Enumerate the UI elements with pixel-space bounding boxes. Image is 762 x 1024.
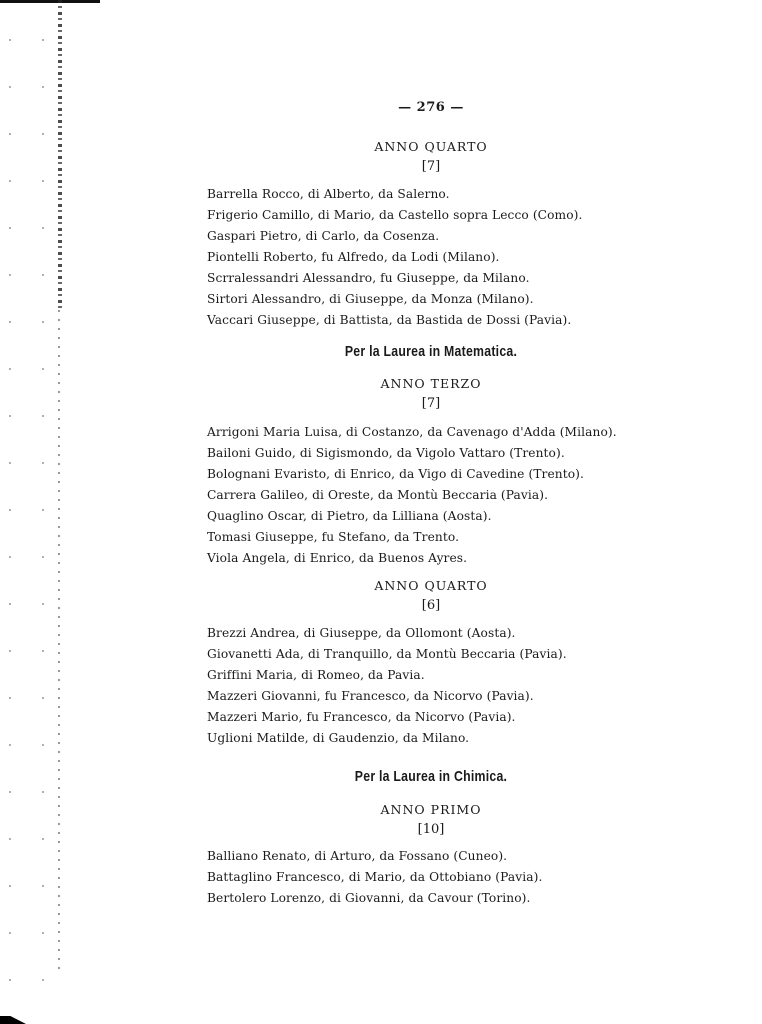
section-title-matematica: Per la Laurea in Matematica. bbox=[78, 343, 762, 360]
year-heading: ANNO TERZO bbox=[0, 376, 762, 391]
list-item: Piontelli Roberto, fu Alfredo, da Lodi (… bbox=[207, 247, 582, 268]
year-heading: ANNO QUARTO bbox=[0, 578, 762, 593]
student-list: Balliano Renato, di Arturo, da Fossano (… bbox=[207, 846, 542, 909]
list-item: Balliano Renato, di Arturo, da Fossano (… bbox=[207, 846, 542, 867]
list-item: Mazzeri Giovanni, fu Francesco, da Nicor… bbox=[207, 686, 567, 707]
list-item: Tomasi Giuseppe, fu Stefano, da Trento. bbox=[207, 527, 617, 548]
list-item: Arrigoni Maria Luisa, di Costanzo, da Ca… bbox=[207, 422, 617, 443]
student-count: [7] bbox=[0, 396, 762, 411]
list-item: Carrera Galileo, di Oreste, da Montù Bec… bbox=[207, 485, 617, 506]
list-item: Viola Angela, di Enrico, da Buenos Ayres… bbox=[207, 548, 617, 569]
page-number: — 276 — bbox=[0, 100, 762, 115]
student-count: [6] bbox=[0, 598, 762, 613]
student-count: [10] bbox=[0, 822, 762, 837]
list-item: Griffini Maria, di Romeo, da Pavia. bbox=[207, 665, 567, 686]
list-item: Bolognani Evaristo, di Enrico, da Vigo d… bbox=[207, 464, 617, 485]
list-item: Frigerio Camillo, di Mario, da Castello … bbox=[207, 205, 582, 226]
list-item: Giovanetti Ada, di Tranquillo, da Montù … bbox=[207, 644, 567, 665]
list-item: Mazzeri Mario, fu Francesco, da Nicorvo … bbox=[207, 707, 567, 728]
list-item: Battaglino Francesco, di Mario, da Ottob… bbox=[207, 867, 542, 888]
list-item: Quaglino Oscar, di Pietro, da Lilliana (… bbox=[207, 506, 617, 527]
list-item: Scrralessandri Alessandro, fu Giuseppe, … bbox=[207, 268, 582, 289]
student-list: Barrella Rocco, di Alberto, da Salerno. … bbox=[207, 184, 582, 331]
list-item: Barrella Rocco, di Alberto, da Salerno. bbox=[207, 184, 582, 205]
list-item: Bailoni Guido, di Sigismondo, da Vigolo … bbox=[207, 443, 617, 464]
list-item: Bertolero Lorenzo, di Giovanni, da Cavou… bbox=[207, 888, 542, 909]
list-item: Uglioni Matilde, di Gaudenzio, da Milano… bbox=[207, 728, 567, 749]
list-item: Brezzi Andrea, di Giuseppe, da Ollomont … bbox=[207, 623, 567, 644]
list-item: Vaccari Giuseppe, di Battista, da Bastid… bbox=[207, 310, 582, 331]
student-list: Arrigoni Maria Luisa, di Costanzo, da Ca… bbox=[207, 422, 617, 569]
student-list: Brezzi Andrea, di Giuseppe, da Ollomont … bbox=[207, 623, 567, 749]
year-heading: ANNO QUARTO bbox=[0, 139, 762, 154]
document-page: — 276 — ANNO QUARTO [7] Barrella Rocco, … bbox=[0, 0, 762, 1024]
list-item: Sirtori Alessandro, di Giuseppe, da Monz… bbox=[207, 289, 582, 310]
section-title-chimica: Per la Laurea in Chimica. bbox=[78, 768, 762, 785]
year-heading: ANNO PRIMO bbox=[0, 802, 762, 817]
list-item: Gaspari Pietro, di Carlo, da Cosenza. bbox=[207, 226, 582, 247]
student-count: [7] bbox=[0, 159, 762, 174]
